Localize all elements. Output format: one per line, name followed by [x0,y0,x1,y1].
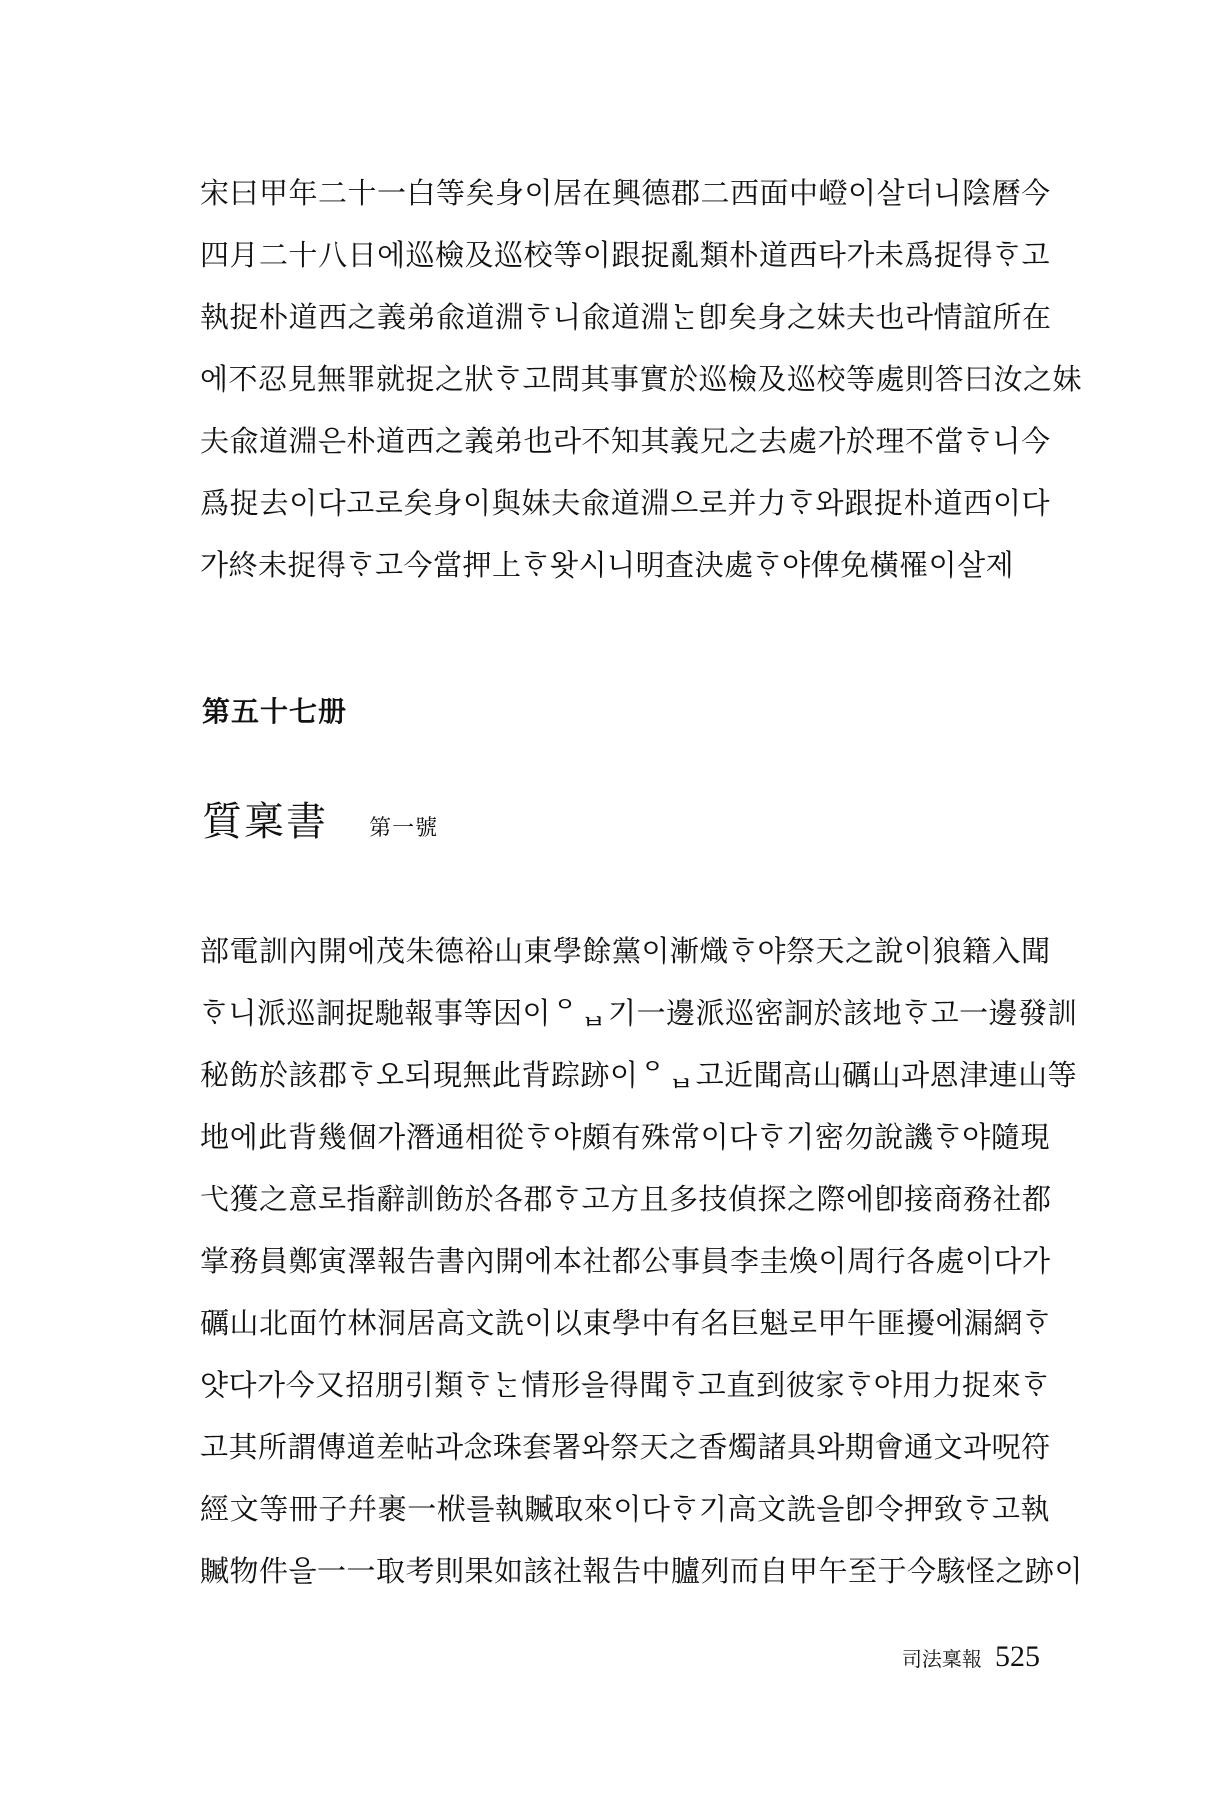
document-title-row: 質稟書 第一號 [202,790,438,850]
text-line: 가終未捉得ᄒᆞ고今當押上ᄒᆞ왓시니明査決處ᄒᆞ야俾免橫罹이살제 [200,534,1050,596]
document-title: 質稟書 [202,799,328,845]
text-line: 宋曰甲年二十一白等矣身이居在興德郡二西面中嶝이살더니陰曆今 [200,162,1050,224]
text-line: 掌務員鄭寅澤報告書內開에本社都公事員李圭煥이周行各處이다가 [200,1230,1050,1292]
journal-name: 司法稟報 [902,1647,982,1671]
paragraph-2: 部電訓內開에茂朱德裕山東學餘黨이漸熾ᄒᆞ야祭天之說이狼籍入聞 ᄒᆞ니派巡詗捉馳報… [200,920,1050,1602]
page-footer: 司法稟報 525 [902,1640,1040,1674]
volume-heading: 第五十七册 [202,690,347,730]
document-number: 第一號 [369,816,438,841]
text-line: 四月二十八日에巡檢及巡校等이跟捉亂類朴道西타가未爲捉得ᄒᆞ고 [200,224,1050,286]
text-line: 贓物件을一一取考則果如該社報告中臚列而自甲午至于今駭怪之跡이 [200,1540,1050,1602]
text-line: 執捉朴道西之義弟兪道淵ᄒᆞ니兪道淵ᄂᆞᆫ卽矣身之妹夫也라情誼所在 [200,286,1050,348]
text-line: 部電訓內開에茂朱德裕山東學餘黨이漸熾ᄒᆞ야祭天之說이狼籍入聞 [200,920,1050,982]
page-number: 525 [995,1640,1040,1673]
text-line: 에不忍見無罪就捉之狀ᄒᆞ고問其事實於巡檢及巡校等處則答曰汝之妹 [200,348,1050,410]
text-line: 秘飭於該郡ᄒᆞ오되現無此背踪跡이ᄋᆸ고近聞高山礪山과恩津連山等 [200,1044,1050,1106]
text-line: ᄒᆞ니派巡詗捉馳報事等因이ᄋᆸ기一邊派巡密詗於該地ᄒᆞ고一邊發訓 [200,982,1050,1044]
text-line: 고其所謂傳道差帖과念珠套署와祭天之香燭諸具와期會通文과呪符 [200,1416,1050,1478]
text-line: 弋獲之意로指辭訓飭於各郡ᄒᆞ고方且多技偵探之際에卽接商務社都 [200,1168,1050,1230]
text-line: 經文等冊子幷裹一栿를執贓取來이다ᄒᆞ기高文詵을卽令押致ᄒᆞ고執 [200,1478,1050,1540]
document-page: 宋曰甲年二十一白等矣身이居在興德郡二西面中嶝이살더니陰曆今 四月二十八日에巡檢及… [0,0,1220,1812]
paragraph-1: 宋曰甲年二十一白等矣身이居在興德郡二西面中嶝이살더니陰曆今 四月二十八日에巡檢及… [200,162,1050,596]
text-line: 地에此背幾個가潛通相從ᄒᆞ야頗有殊常이다ᄒᆞ기密勿說譏ᄒᆞ야隨現 [200,1106,1050,1168]
text-line: 爲捉去이다고로矣身이與妹夫兪道淵으로并力ᄒᆞ와跟捉朴道西이다 [200,472,1050,534]
text-line: 얏다가今又招朋引類ᄒᆞᄂᆞᆫ情形을得聞ᄒᆞ고直到彼家ᄒᆞ야用力捉來ᄒᆞ [200,1354,1050,1416]
text-line: 夫兪道淵은朴道西之義弟也라不知其義兄之去處가於理不當ᄒᆞ니今 [200,410,1050,472]
text-line: 礪山北面竹林洞居高文詵이以東學中有名巨魁로甲午匪擾에漏網ᄒᆞ [200,1292,1050,1354]
